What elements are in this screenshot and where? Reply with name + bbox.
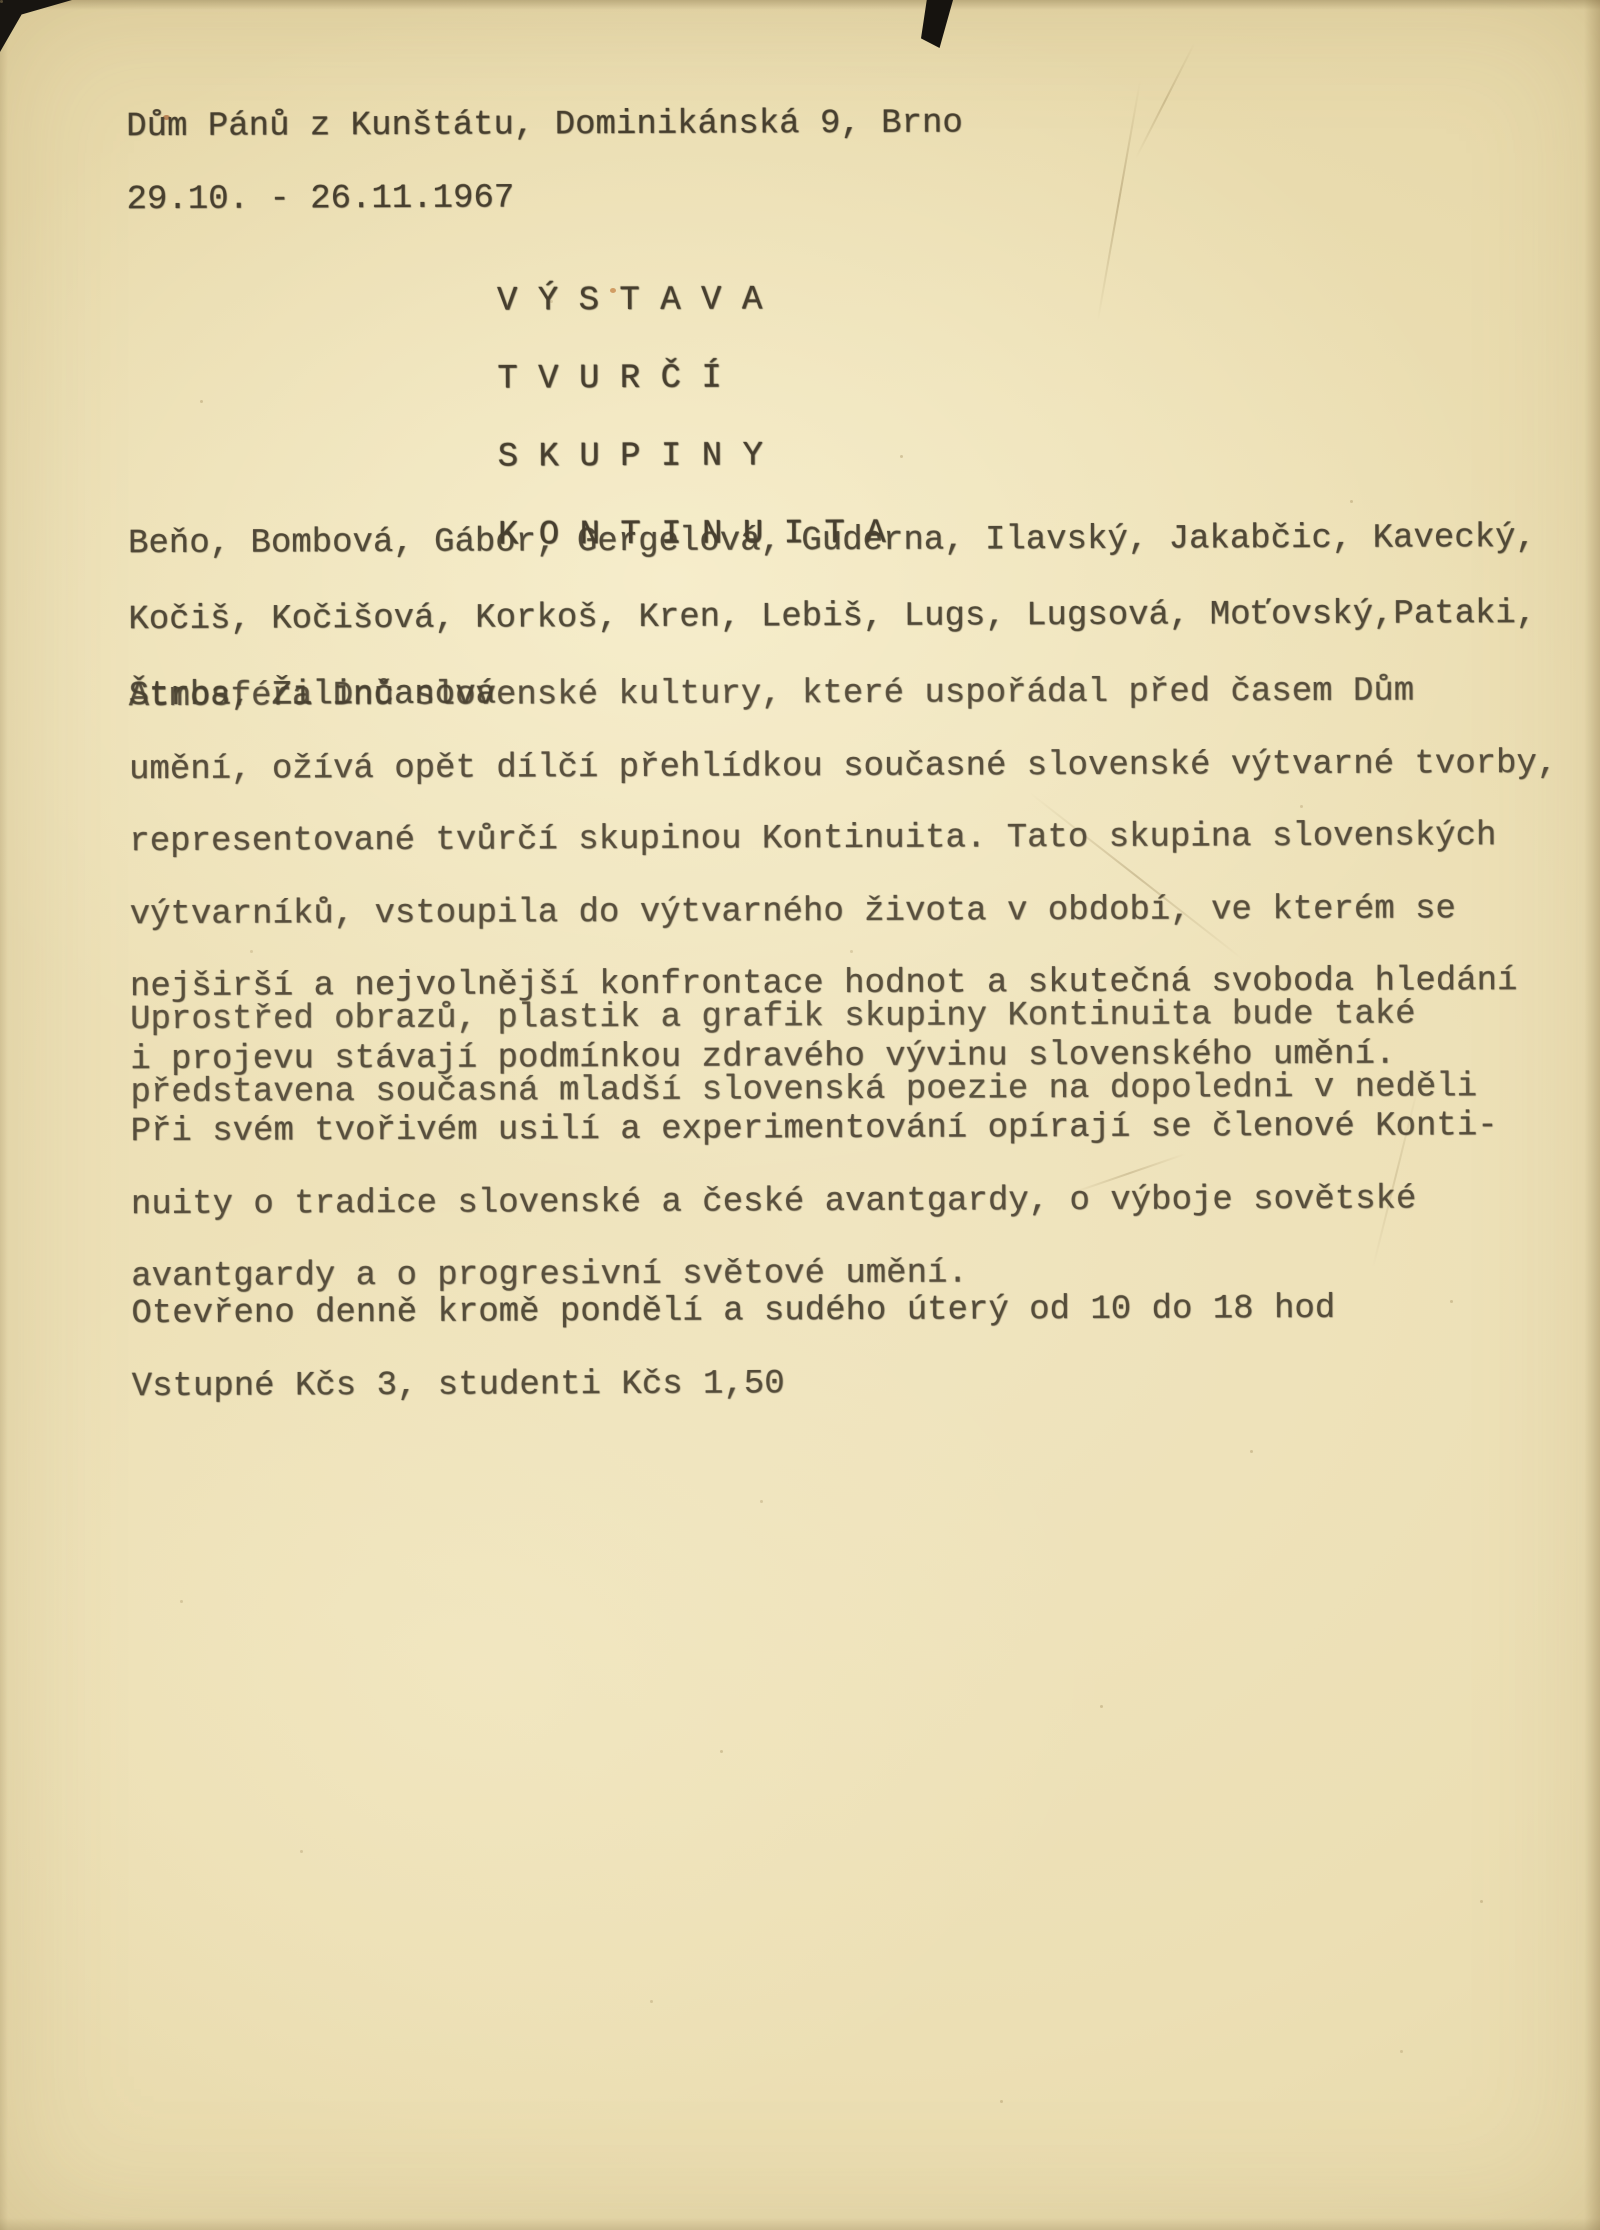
exhibition-dates-line: 29.10. - 26.11.1967 xyxy=(126,178,963,218)
admission-price-line: Vstupné Kčs 3, studenti Kčs 1,50 xyxy=(132,1363,1336,1405)
poetry-note-paragraph: Uprostřed obrazů, plastik a grafik skupi… xyxy=(130,960,1477,1147)
title-line-vystava: V Ý S T A V A xyxy=(497,279,885,323)
artist-list-line: Kočiš, Kočišová, Korkoš, Kren, Lebiš, Lu… xyxy=(128,594,1536,640)
paragraph-line: nuity o tradice slovenské a české avantg… xyxy=(131,1180,1559,1223)
title-line-skupiny: S K U P I N Y xyxy=(498,435,886,479)
paragraph-line: Atmosféra Dnů slovenské kultury, které u… xyxy=(129,673,1557,716)
visiting-info-block: Otevřeno denně kromě pondělí a sudého út… xyxy=(131,1255,1336,1441)
paragraph-line: umění, ožívá opět dílčí přehlídkou souča… xyxy=(129,745,1557,788)
opening-hours-line: Otevřeno denně kromě pondělí a sudého út… xyxy=(131,1291,1335,1333)
paragraph-line: představena současná mladší slovenská po… xyxy=(130,1069,1477,1111)
paragraph-line: representované tvůrčí skupinou Kontinuit… xyxy=(129,818,1557,861)
venue-address-line: Dům Pánů z Kunštátu, Dominikánská 9, Brn… xyxy=(126,106,963,146)
artist-list-line: Beňo, Bombová, Gábor, Gergelová, Guderna… xyxy=(128,518,1536,564)
header-block: Dům Pánů z Kunštátu, Dominikánská 9, Brn… xyxy=(126,70,963,255)
paragraph-line: Uprostřed obrazů, plastik a grafik skupi… xyxy=(130,996,1477,1038)
scanned-document-page: Dům Pánů z Kunštátu, Dominikánská 9, Brn… xyxy=(0,0,1600,2230)
paragraph-line: výtvarníků, vstoupila do výtvarného živo… xyxy=(130,890,1558,933)
typed-content: Dům Pánů z Kunštátu, Dominikánská 9, Brn… xyxy=(0,0,1600,2230)
title-line-tvurci: T V U R Č Í xyxy=(497,357,885,401)
